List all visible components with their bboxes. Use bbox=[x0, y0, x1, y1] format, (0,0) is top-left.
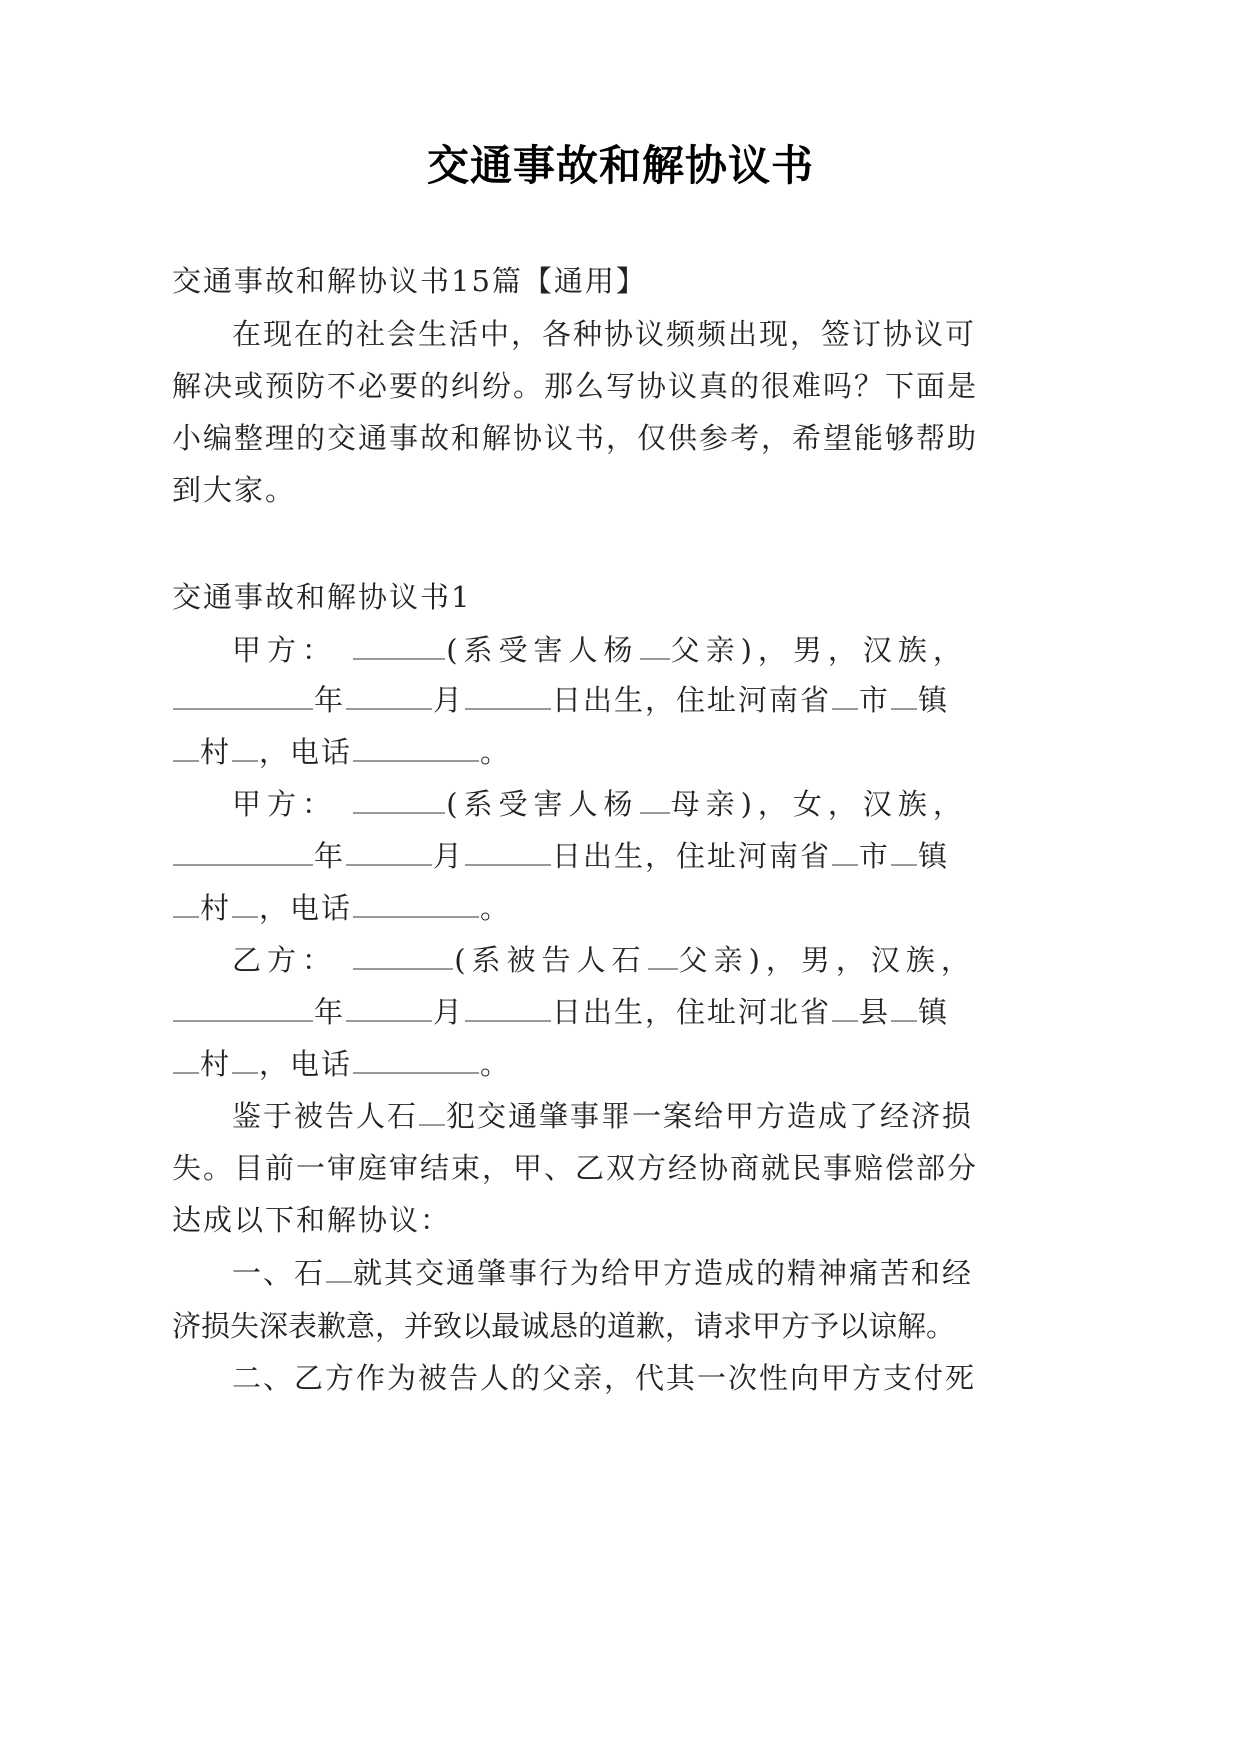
period: 。 bbox=[480, 735, 511, 769]
town-label: 镇 bbox=[918, 995, 949, 1029]
day-blank bbox=[465, 678, 551, 710]
county-label: 县 bbox=[859, 995, 890, 1029]
town-label: 镇 bbox=[918, 683, 949, 717]
phone-blank bbox=[353, 1042, 479, 1074]
year-blank bbox=[173, 990, 313, 1022]
intro-line: 小编整理的交通事故和解协议书，仅供参考，希望能够帮助 bbox=[172, 412, 940, 464]
town-blank bbox=[891, 990, 917, 1022]
month-label: 月 bbox=[433, 995, 464, 1029]
period: 。 bbox=[480, 891, 511, 925]
village-blank bbox=[173, 1042, 199, 1074]
party-label: 甲方： bbox=[232, 633, 337, 667]
relation-text: 父亲)，男，汉族， bbox=[671, 633, 968, 667]
preamble-text: 犯交通肇事罪一案给甲方造成了经济损 bbox=[446, 1099, 973, 1133]
relation-text: (系被告人石 bbox=[454, 943, 646, 977]
phone-blank bbox=[353, 730, 479, 762]
year-label: 年 bbox=[314, 995, 345, 1029]
address-text: 日出生，住址河南省 bbox=[552, 683, 831, 717]
county-blank bbox=[832, 990, 858, 1022]
phone-label: ，电话 bbox=[259, 735, 352, 769]
city-blank bbox=[832, 834, 858, 866]
clause-text: 就其交通肇事行为给甲方造成的精神痛苦和经 bbox=[353, 1256, 973, 1290]
clause-text: 一、石 bbox=[232, 1256, 325, 1290]
relation-text: 父亲)，男，汉族， bbox=[679, 943, 976, 977]
preamble-line: 失。目前一审庭审结束，甲、乙双方经协商就民事赔偿部分 bbox=[172, 1142, 940, 1194]
month-label: 月 bbox=[433, 683, 464, 717]
preamble-text: 鉴于被告人石 bbox=[232, 1099, 418, 1133]
clause-line: 济损失深表歉意，并致以最诚恳的道歉，请求甲方予以谅解。 bbox=[172, 1300, 940, 1352]
period: 。 bbox=[480, 1047, 511, 1081]
town-blank bbox=[891, 834, 917, 866]
relation-text: 母亲)，女，汉族， bbox=[671, 787, 968, 821]
town-label: 镇 bbox=[918, 839, 949, 873]
party-label: 乙方： bbox=[232, 943, 337, 977]
day-blank bbox=[465, 990, 551, 1022]
address-text: 日出生，住址河南省 bbox=[552, 839, 831, 873]
relation-text: (系受害人杨 bbox=[446, 787, 638, 821]
phone-label: ，电话 bbox=[259, 891, 352, 925]
day-blank bbox=[465, 834, 551, 866]
city-label: 市 bbox=[859, 839, 890, 873]
phone-label: ，电话 bbox=[259, 1047, 352, 1081]
name-blank bbox=[353, 628, 445, 660]
village-label: 村 bbox=[200, 1047, 231, 1081]
name-blank bbox=[419, 1094, 445, 1126]
address-text: 日出生，住址河北省 bbox=[552, 995, 831, 1029]
name-blank bbox=[640, 782, 670, 814]
party-label: 甲方： bbox=[232, 787, 337, 821]
village-blank bbox=[173, 886, 199, 918]
month-blank bbox=[346, 990, 432, 1022]
intro-line: 在现在的社会生活中，各种协议频频出现，签订协议可 bbox=[172, 308, 940, 360]
month-label: 月 bbox=[433, 839, 464, 873]
village-blank bbox=[232, 730, 258, 762]
name-blank bbox=[326, 1251, 352, 1283]
name-blank bbox=[640, 628, 670, 660]
preamble-line: 达成以下和解协议： bbox=[172, 1194, 940, 1246]
document-title: 交通事故和解协议书 bbox=[0, 138, 1241, 194]
village-label: 村 bbox=[200, 891, 231, 925]
year-blank bbox=[173, 678, 313, 710]
village-blank bbox=[232, 1042, 258, 1074]
section-heading: 交通事故和解协议书1 bbox=[172, 571, 940, 623]
subtitle: 交通事故和解协议书15篇【通用】 bbox=[172, 255, 940, 307]
month-blank bbox=[346, 834, 432, 866]
city-blank bbox=[832, 678, 858, 710]
intro-line: 解决或预防不必要的纠纷。那么写协议真的很难吗？下面是 bbox=[172, 360, 940, 412]
name-blank bbox=[353, 782, 445, 814]
village-label: 村 bbox=[200, 735, 231, 769]
relation-text: (系受害人杨 bbox=[446, 633, 638, 667]
year-label: 年 bbox=[314, 839, 345, 873]
name-blank bbox=[648, 938, 678, 970]
town-blank bbox=[891, 678, 917, 710]
intro-line: 到大家。 bbox=[172, 464, 940, 516]
city-label: 市 bbox=[859, 683, 890, 717]
village-blank bbox=[173, 730, 199, 762]
clause-line: 二、乙方作为被告人的父亲，代其一次性向甲方支付死 bbox=[172, 1352, 940, 1404]
month-blank bbox=[346, 678, 432, 710]
year-label: 年 bbox=[314, 683, 345, 717]
village-blank bbox=[232, 886, 258, 918]
year-blank bbox=[173, 834, 313, 866]
phone-blank bbox=[353, 886, 479, 918]
name-blank bbox=[353, 938, 453, 970]
